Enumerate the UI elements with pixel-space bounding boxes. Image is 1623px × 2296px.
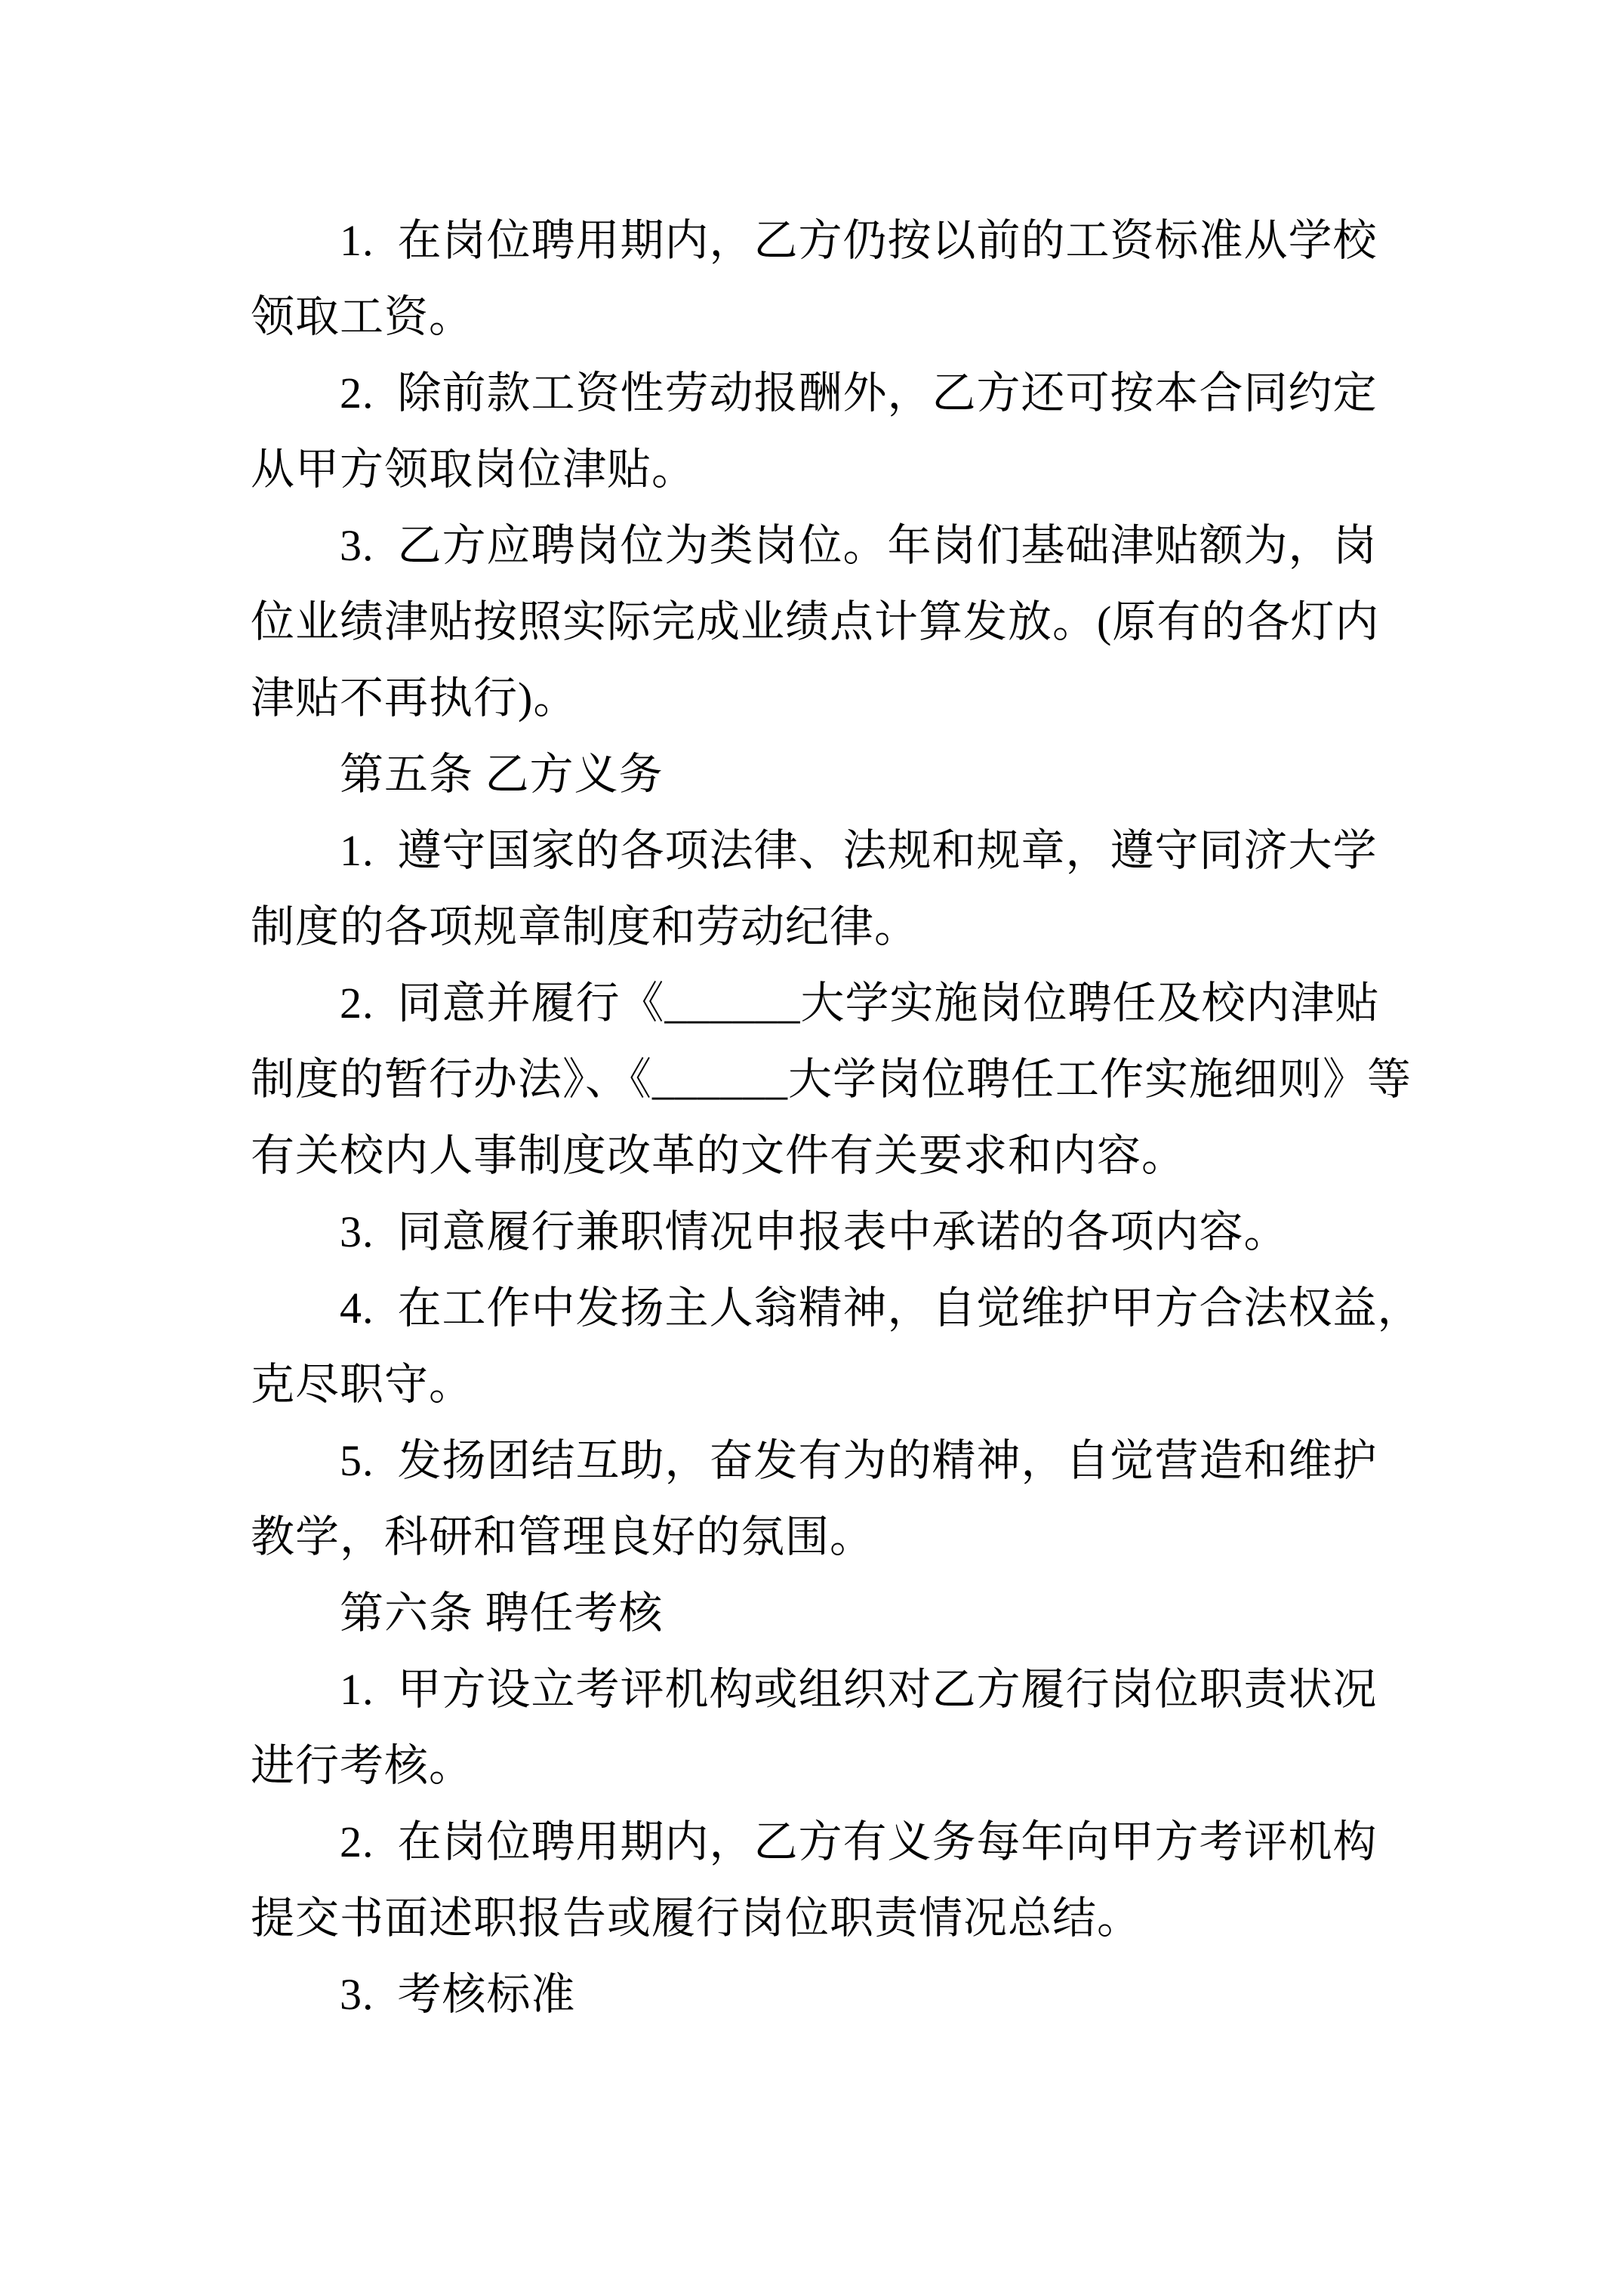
- text-line: 从甲方领取岗位津贴。: [251, 431, 1390, 507]
- text-line: 位业绩津贴按照实际完成业绩点计算发放。(原有的各灯内: [251, 584, 1390, 660]
- text-line: 2. 同意并履行《______大学实施岗位聘任及校内津贴: [251, 965, 1390, 1041]
- text-line: 4. 在工作中发扬主人翁精神，自觉维护甲方合法权益，: [251, 1270, 1390, 1346]
- text-line: 第六条 聘任考核: [251, 1575, 1390, 1651]
- text-line: 3. 同意履行兼职情况申报表中承诺的各项内容。: [251, 1194, 1390, 1270]
- text-line: 克尽职守。: [251, 1346, 1390, 1422]
- text-line: 2. 除前款工资性劳动报酬外，乙方还可按本合同约定: [251, 355, 1390, 431]
- text-line: 1. 在岗位聘用期内，乙方仍按以前的工资标准从学校: [251, 202, 1390, 279]
- text-line: 提交书面述职报告或履行岗位职责情况总结。: [251, 1880, 1390, 1956]
- text-line: 领取工资。: [251, 279, 1390, 355]
- text-line: 教学，科研和管理良好的氛围。: [251, 1499, 1390, 1575]
- text-line: 有关校内人事制度改革的文件有关要求和内容。: [251, 1117, 1390, 1194]
- text-line: 津贴不再执行)。: [251, 660, 1390, 736]
- text-line: 制度的各项规章制度和劳动纪律。: [251, 889, 1390, 965]
- text-line: 制度的暂行办法》、《______大学岗位聘任工作实施细则》等: [251, 1041, 1390, 1117]
- text-line: 3. 考核标准: [251, 1956, 1390, 2032]
- text-line: 5. 发扬团结互助，奋发有为的精神，自觉营造和维护: [251, 1422, 1390, 1499]
- text-line: 2. 在岗位聘用期内，乙方有义务每年向甲方考评机构: [251, 1804, 1390, 1880]
- document-page: 1. 在岗位聘用期内，乙方仍按以前的工资标准从学校领取工资。2. 除前款工资性劳…: [0, 0, 1623, 2296]
- text-line: 第五条 乙方义务: [251, 736, 1390, 812]
- text-line: 进行考核。: [251, 1727, 1390, 1804]
- text-line: 1. 甲方设立考评机构或组织对乙方履行岗位职责状况: [251, 1651, 1390, 1727]
- text-line: 3. 乙方应聘岗位为类岗位。年岗们基础津贴额为，岗: [251, 507, 1390, 584]
- document-body: 1. 在岗位聘用期内，乙方仍按以前的工资标准从学校领取工资。2. 除前款工资性劳…: [251, 202, 1390, 2032]
- text-line: 1. 遵守国家的各项法律、法规和规章，遵守同济大学: [251, 812, 1390, 889]
